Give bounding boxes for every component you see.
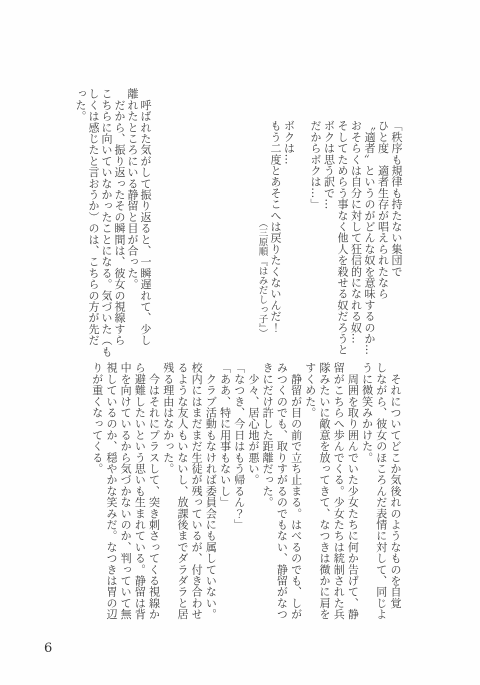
text-line: 隊みたいに敵意を放ってきて、なつきは微かに肩を	[317, 362, 331, 626]
dialogue-line: 「ああ、特に用事もないし」	[217, 362, 231, 626]
text-line: 中を向けているから気づかないのか、判っていて無	[118, 362, 132, 626]
epigraph-line: ボクは…	[282, 120, 296, 372]
narrative-block-main: それについてどこか気後れのようなものを自覚 しながら、彼女のほころんだ表情に対し…	[90, 362, 402, 626]
epigraph-line: 〝適者〟というのがどんな奴を意味するのか…	[363, 120, 377, 372]
text-line: 静留が目の前で立ち止まる。はべるのでも、しが	[288, 362, 302, 626]
text-line: 呼ばれた気がして振り返ると、一瞬遅れて、少し	[139, 88, 152, 360]
epigraph-line: ボクは思う訳で…	[322, 120, 336, 372]
text-line: 留がこちらへ歩んでくる。少女たちは統制された兵	[331, 362, 345, 626]
text-line: 校内にはまだまだ生徒が残っているが、付き合わせ	[189, 362, 203, 626]
text-line: 周囲を取り囲んでいた少女たちに何か告げて、静	[345, 362, 359, 626]
text-line: 今はそれにプラスして、突き刺さってくる視線か	[146, 362, 160, 626]
text-line: しくは感じたと言おうか）のは、こちらの方が先だ	[87, 88, 100, 360]
text-line: 少々、居心地が悪い。	[246, 362, 260, 626]
narrative-block-top: 呼ばれた気がして振り返ると、一瞬遅れて、少し 離れたところにいる静留と目が合った…	[74, 88, 152, 360]
book-page: 「秩序も規律も持たない集団で ひと度 適者生存が唱えられたなら 〝適者〟というの…	[0, 0, 480, 685]
dialogue-line: 「なつき、今日はもう帰るん？」	[232, 362, 246, 626]
epigraph-line: おそらくは自分に対して狂信的になれる奴…	[349, 120, 363, 372]
text-line: だから、振り返ったその瞬間は、彼女の視線すら	[113, 88, 126, 360]
text-line: それについてどこか気後れのようなものを自覚	[388, 362, 402, 626]
text-line: すくめた。	[303, 362, 317, 626]
epigraph-line: ひと度 適者生存が唱えられたなら	[376, 120, 390, 372]
text-line: りが重くなってくる。	[90, 362, 104, 626]
text-line: うに微笑みかけた。	[359, 362, 373, 626]
text-line: みつくのでも、取りすがるのでもない、静留がなつ	[274, 362, 288, 626]
text-line: 残る理由はなかった。	[161, 362, 175, 626]
epigraph-line: そしてためらう事なく他人を殺せる奴だろうと	[336, 120, 350, 372]
text-line: クラブ活動もなければ委員会にも属していない。	[203, 362, 217, 626]
page-number: 6	[44, 641, 52, 656]
text-line: しながら、彼女のほころんだ表情に対して、同じよ	[374, 362, 388, 626]
text-line: こちらに向いていなかったことになる。気づいた（も	[100, 88, 113, 360]
epigraph-line: 「秩序も規律も持たない集団で	[390, 120, 404, 372]
epigraph-line: もう二度とあそこへは戻りたくないんだ！	[269, 120, 283, 372]
epigraph-line: だからボクは…」	[309, 120, 323, 372]
text-line: 視しているのか、穏やかな笑みだ。なつきは胃の辺	[104, 362, 118, 626]
text-line: るような友人もいないし、放課後までダラダラと居	[175, 362, 189, 626]
text-line: った。	[74, 88, 87, 360]
epigraph-attribution: （三原順『はみだしっ子』）	[255, 120, 269, 372]
text-line: きにだけ許した距離だった。	[260, 362, 274, 626]
epigraph-quote-block: 「秩序も規律も持たない集団で ひと度 適者生存が唱えられたなら 〝適者〟というの…	[255, 120, 403, 372]
text-line: ら避難したいという思いも生まれている。静留は背	[132, 362, 146, 626]
text-line: 離れたところにいる静留と目が合った。	[126, 88, 139, 360]
